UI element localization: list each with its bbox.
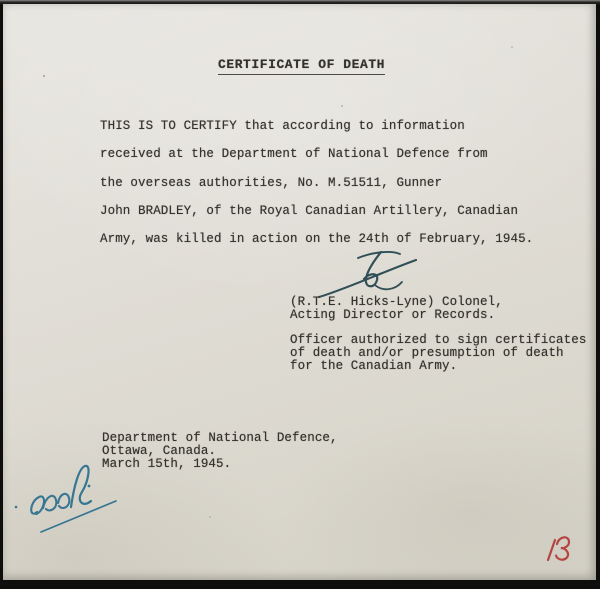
authorization-line: for the Canadian Army. (290, 360, 586, 373)
certification-paragraph: THIS IS TO CERTIFY that according to inf… (100, 112, 533, 253)
paper-speck (511, 46, 513, 48)
body-line: John BRADLEY, of the Royal Canadian Arti… (100, 197, 533, 225)
body-line: received at the Department of National D… (100, 140, 533, 168)
paper-speck (43, 75, 45, 77)
authorization-line: Officer authorized to sign certificates (290, 334, 586, 347)
paper-speck (341, 105, 343, 107)
photographed-document: CERTIFICATE OF DEATH THIS IS TO CERTIFY … (0, 0, 600, 589)
authorization-line: of death and/or presumption of death (290, 347, 586, 360)
initials-ink-icon (11, 456, 131, 541)
issue-date: March 15th, 1945. (102, 458, 338, 471)
signatory-name: (R.T.E. Hicks-Lyne) Colonel, (290, 296, 503, 309)
issuer-location: Ottawa, Canada. (102, 445, 338, 458)
body-line: the overseas authorities, No. M.51511, G… (100, 169, 533, 197)
body-line: THIS IS TO CERTIFY that according to inf… (100, 112, 533, 140)
paper-speck (209, 516, 211, 518)
document-title: CERTIFICATE OF DEATH (218, 57, 385, 75)
paper-sheet: CERTIFICATE OF DEATH THIS IS TO CERTIFY … (3, 4, 596, 580)
page-number-handwritten: 13 (539, 528, 584, 568)
signatory-title: Acting Director or Records. (290, 309, 503, 322)
issuer-department: Department of National Defence, (102, 432, 338, 445)
issuer-block: Department of National Defence, Ottawa, … (102, 432, 338, 471)
authorization-paragraph: Officer authorized to sign certificates … (290, 334, 586, 373)
signatory-block: (R.T.E. Hicks-Lyne) Colonel, Acting Dire… (290, 296, 503, 321)
